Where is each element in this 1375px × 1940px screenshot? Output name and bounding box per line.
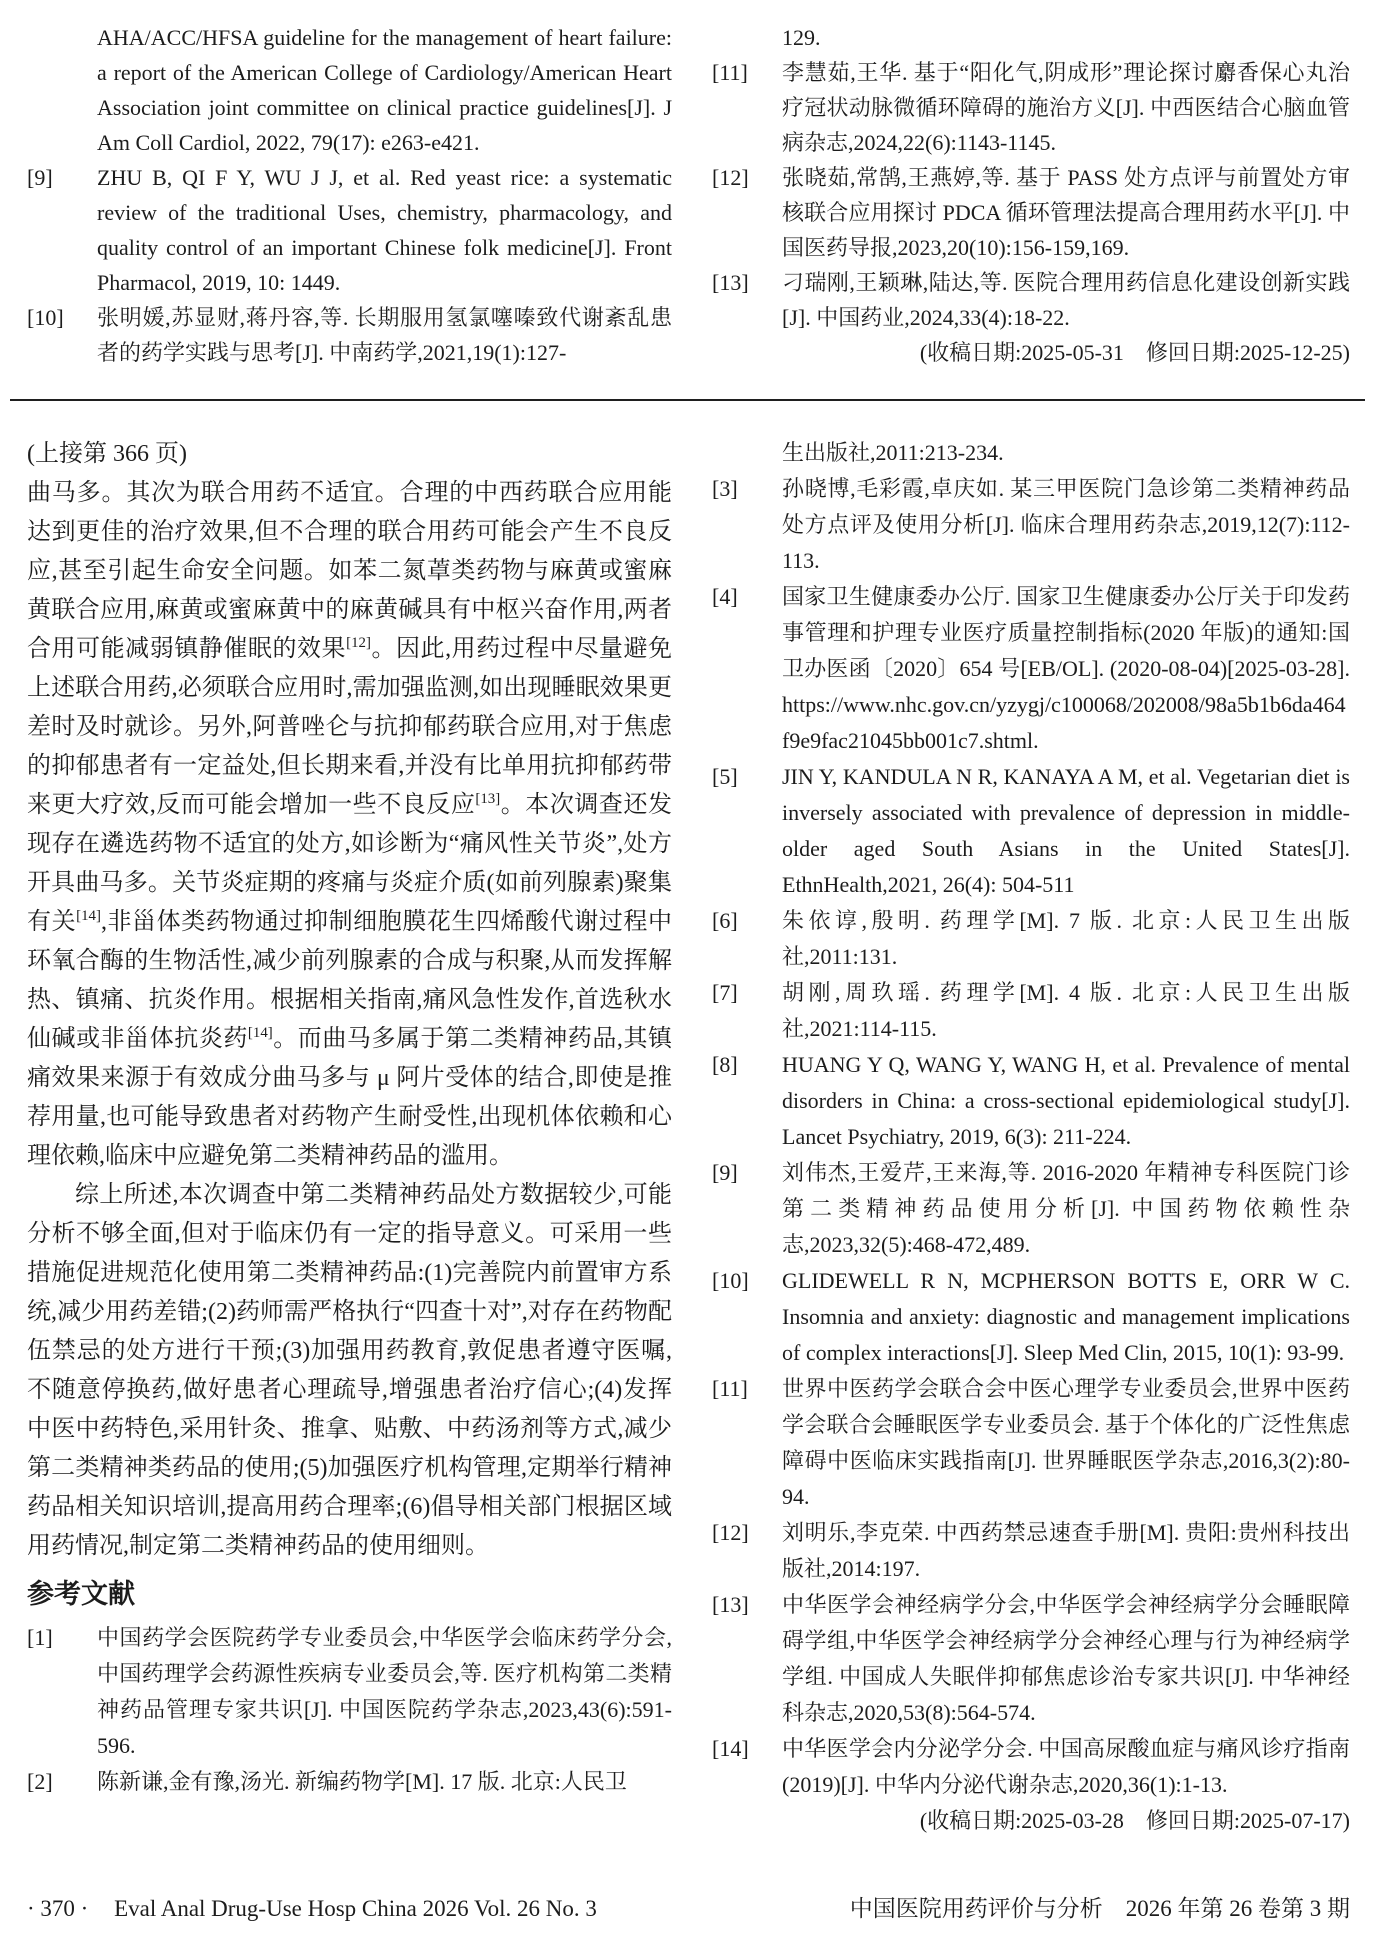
journal-name-chinese: 中国医院用药评价与分析 2026 年第 26 卷第 3 期 <box>850 1894 1350 1924</box>
ref-text: 孙晓博,毛彩霞,卓庆如. 某三甲医院门急诊第二类精神药品处方点评及使用分析[J]… <box>782 471 1350 579</box>
ref-text: 胡刚,周玖瑶. 药理学[M]. 4 版. 北京:人民卫生出版社,2021:114… <box>782 975 1350 1047</box>
ref-text: 世界中医药学会联合会中医心理学专业委员会,世界中医药学会联合会睡眠医学专业委员会… <box>782 1371 1350 1515</box>
ref-number: [3] <box>712 471 782 579</box>
ref-text: 朱依谆,殷明. 药理学[M]. 7 版. 北京:人民卫生出版社,2011:131… <box>782 903 1350 975</box>
article-column-right: 生出版社,2011:213-234. [3] 孙晓博,毛彩霞,卓庆如. 某三甲医… <box>712 435 1350 1839</box>
ref-text: 中华医学会神经病学分会,中华医学会神经病学分会睡眠障碍学组,中华医学会神经病学分… <box>782 1587 1350 1731</box>
ref-number: [1] <box>27 1620 97 1764</box>
reference-item: [9] ZHU B, QI F Y, WU J J, et al. Red ye… <box>27 160 672 300</box>
body-paragraph-2: 综上所述,本次调查中第二类精神药品处方数据较少,可能分析不够全面,但对于临床仍有… <box>27 1176 672 1566</box>
reference-item: [10] GLIDEWELL R N, MCPHERSON BOTTS E, O… <box>712 1263 1350 1371</box>
reference-item: [11] 李慧茹,王华. 基于“阳化气,阴成形”理论探讨麝香保心丸治疗冠状动脉微… <box>712 55 1350 160</box>
reference-item: [9] 刘伟杰,王爱芹,王来海,等. 2016-2020 年精神专科医院门诊第二… <box>712 1155 1350 1263</box>
reference-list-left: [1] 中国药学会医院药学专业委员会,中华医学会临床药学分会,中国药理学会药源性… <box>27 1620 672 1800</box>
footer-left: · 370 · Eval Anal Drug-Use Hosp China 20… <box>27 1894 597 1924</box>
ref-text: 陈新谦,金有豫,汤光. 新编药物学[M]. 17 版. 北京:人民卫 <box>97 1764 672 1800</box>
reference-item: [13] 中华医学会神经病学分会,中华医学会神经病学分会睡眠障碍学组,中华医学会… <box>712 1587 1350 1731</box>
reference-item: [11] 世界中医药学会联合会中医心理学专业委员会,世界中医药学会联合会睡眠医学… <box>712 1371 1350 1515</box>
ref-number: [11] <box>712 1371 782 1515</box>
section-divider-rule <box>10 399 1365 401</box>
ref-number: [12] <box>712 160 782 265</box>
continued-from-note: (上接第 366 页) <box>27 435 672 474</box>
reference-item: [14] 中华医学会内分泌学分会. 中国高尿酸血症与痛风诊疗指南(2019)[J… <box>712 1731 1350 1803</box>
body-text-segment: 。因此,用药过程中尽量避免上述联合用药,必须联合应用时,需加强监测,如出现睡眠效… <box>27 636 672 818</box>
reference-item: [10] 张明媛,苏显财,蒋丹容,等. 长期服用氢氯噻嗪致代谢紊乱患者的药学实践… <box>27 300 672 370</box>
ref-text: 中国药学会医院药学专业委员会,中华医学会临床药学分会,中国药理学会药源性疾病专业… <box>97 1620 672 1764</box>
article-column-left: (上接第 366 页) 曲马多。其次为联合用药不适宜。合理的中西药联合应用能达到… <box>27 435 672 1839</box>
citation-superscript: [14] <box>76 908 101 924</box>
citation-superscript: [13] <box>475 791 500 807</box>
journal-page: AHA/ACC/HFSA guideline for the managemen… <box>0 0 1375 1940</box>
page-number: · 370 · <box>27 1896 88 1921</box>
ref-text: 刘明乐,李克荣. 中西药禁忌速查手册[M]. 贵阳:贵州科技出版社,2014:1… <box>782 1515 1350 1587</box>
ref-text: 国家卫生健康委办公厅. 国家卫生健康委办公厅关于印发药事管理和护理专业医疗质量控… <box>782 579 1350 759</box>
ref-number: [12] <box>712 1515 782 1587</box>
ref-number: [4] <box>712 579 782 759</box>
ref-number: [7] <box>712 975 782 1047</box>
ref-text: ZHU B, QI F Y, WU J J, et al. Red yeast … <box>97 160 672 300</box>
ref-text: 刁瑞刚,王颖琳,陆达,等. 医院合理用药信息化建设创新实践[J]. 中国药业,2… <box>782 265 1350 335</box>
ref-text: 张明媛,苏显财,蒋丹容,等. 长期服用氢氯噻嗪致代谢紊乱患者的药学实践与思考[J… <box>97 300 672 370</box>
top-ref-column-right: 129. [11] 李慧茹,王华. 基于“阳化气,阴成形”理论探讨麝香保心丸治疗… <box>712 20 1350 371</box>
reference-item: [7] 胡刚,周玖瑶. 药理学[M]. 4 版. 北京:人民卫生出版社,2021… <box>712 975 1350 1047</box>
ref-number: [13] <box>712 1587 782 1731</box>
reference-item: [12] 刘明乐,李克荣. 中西药禁忌速查手册[M]. 贵阳:贵州科技出版社,2… <box>712 1515 1350 1587</box>
received-revised-dates: (收稿日期:2025-05-31 修回日期:2025-12-25) <box>712 335 1350 371</box>
top-ref-column-left: AHA/ACC/HFSA guideline for the managemen… <box>27 20 672 371</box>
reference-item: [13] 刁瑞刚,王颖琳,陆达,等. 医院合理用药信息化建设创新实践[J]. 中… <box>712 265 1350 335</box>
ref-text: 刘伟杰,王爱芹,王来海,等. 2016-2020 年精神专科医院门诊第二类精神药… <box>782 1155 1350 1263</box>
reference-item: [8] HUANG Y Q, WANG Y, WANG H, et al. Pr… <box>712 1047 1350 1155</box>
ref-text: 张晓茹,常鹄,王燕婷,等. 基于 PASS 处方点评与前置处方审核联合应用探讨 … <box>782 160 1350 265</box>
ref-text: GLIDEWELL R N, MCPHERSON BOTTS E, ORR W … <box>782 1263 1350 1371</box>
ref-text: HUANG Y Q, WANG Y, WANG H, et al. Preval… <box>782 1047 1350 1155</box>
ref-number: [9] <box>712 1155 782 1263</box>
ref-number: [2] <box>27 1764 97 1800</box>
reference-item: [12] 张晓茹,常鹄,王燕婷,等. 基于 PASS 处方点评与前置处方审核联合… <box>712 160 1350 265</box>
ref-text: JIN Y, KANDULA N R, KANAYA A M, et al. V… <box>782 759 1350 903</box>
reference-item: [5] JIN Y, KANDULA N R, KANAYA A M, et a… <box>712 759 1350 903</box>
ref-number: [10] <box>27 300 97 370</box>
ref-text: 中华医学会内分泌学分会. 中国高尿酸血症与痛风诊疗指南(2019)[J]. 中华… <box>782 1731 1350 1803</box>
ref-number: [8] <box>712 1047 782 1155</box>
ref-number: [10] <box>712 1263 782 1371</box>
citation-superscript: [12] <box>346 635 371 651</box>
citation-superscript: [14] <box>248 1025 273 1041</box>
ref-number <box>712 20 782 55</box>
ref-number: [6] <box>712 903 782 975</box>
reference-item: [1] 中国药学会医院药学专业委员会,中华医学会临床药学分会,中国药理学会药源性… <box>27 1620 672 1764</box>
reference-item: [3] 孙晓博,毛彩霞,卓庆如. 某三甲医院门急诊第二类精神药品处方点评及使用分… <box>712 471 1350 579</box>
reference-item: 129. <box>712 20 1350 55</box>
ref-number: [14] <box>712 1731 782 1803</box>
reference-item: [2] 陈新谦,金有豫,汤光. 新编药物学[M]. 17 版. 北京:人民卫 <box>27 1764 672 1800</box>
ref-number: [11] <box>712 55 782 160</box>
reference-item: 生出版社,2011:213-234. <box>712 435 1350 471</box>
ref-number: [9] <box>27 160 97 300</box>
journal-name-english: Eval Anal Drug-Use Hosp China 2026 Vol. … <box>114 1896 597 1921</box>
body-paragraph-1: 曲马多。其次为联合用药不适宜。合理的中西药联合应用能达到更佳的治疗效果,但不合理… <box>27 474 672 1176</box>
article-main-section: (上接第 366 页) 曲马多。其次为联合用药不适宜。合理的中西药联合应用能达到… <box>27 435 1350 1839</box>
ref-text: 李慧茹,王华. 基于“阳化气,阴成形”理论探讨麝香保心丸治疗冠状动脉微循环障碍的… <box>782 55 1350 160</box>
ref-text: 生出版社,2011:213-234. <box>782 435 1350 471</box>
received-revised-dates: (收稿日期:2025-03-28 修回日期:2025-07-17) <box>712 1803 1350 1839</box>
references-heading: 参考文献 <box>27 1570 672 1618</box>
reference-item: [6] 朱依谆,殷明. 药理学[M]. 7 版. 北京:人民卫生出版社,2011… <box>712 903 1350 975</box>
reference-item: [4] 国家卫生健康委办公厅. 国家卫生健康委办公厅关于印发药事管理和护理专业医… <box>712 579 1350 759</box>
ref-number: [5] <box>712 759 782 903</box>
ref-number <box>27 20 97 160</box>
ref-text: 129. <box>782 20 1350 55</box>
page-footer: · 370 · Eval Anal Drug-Use Hosp China 20… <box>27 1894 1350 1924</box>
ref-text: AHA/ACC/HFSA guideline for the managemen… <box>97 20 672 160</box>
ref-number <box>712 435 782 471</box>
reference-item: AHA/ACC/HFSA guideline for the managemen… <box>27 20 672 160</box>
top-reference-section: AHA/ACC/HFSA guideline for the managemen… <box>27 20 1350 371</box>
ref-number: [13] <box>712 265 782 335</box>
